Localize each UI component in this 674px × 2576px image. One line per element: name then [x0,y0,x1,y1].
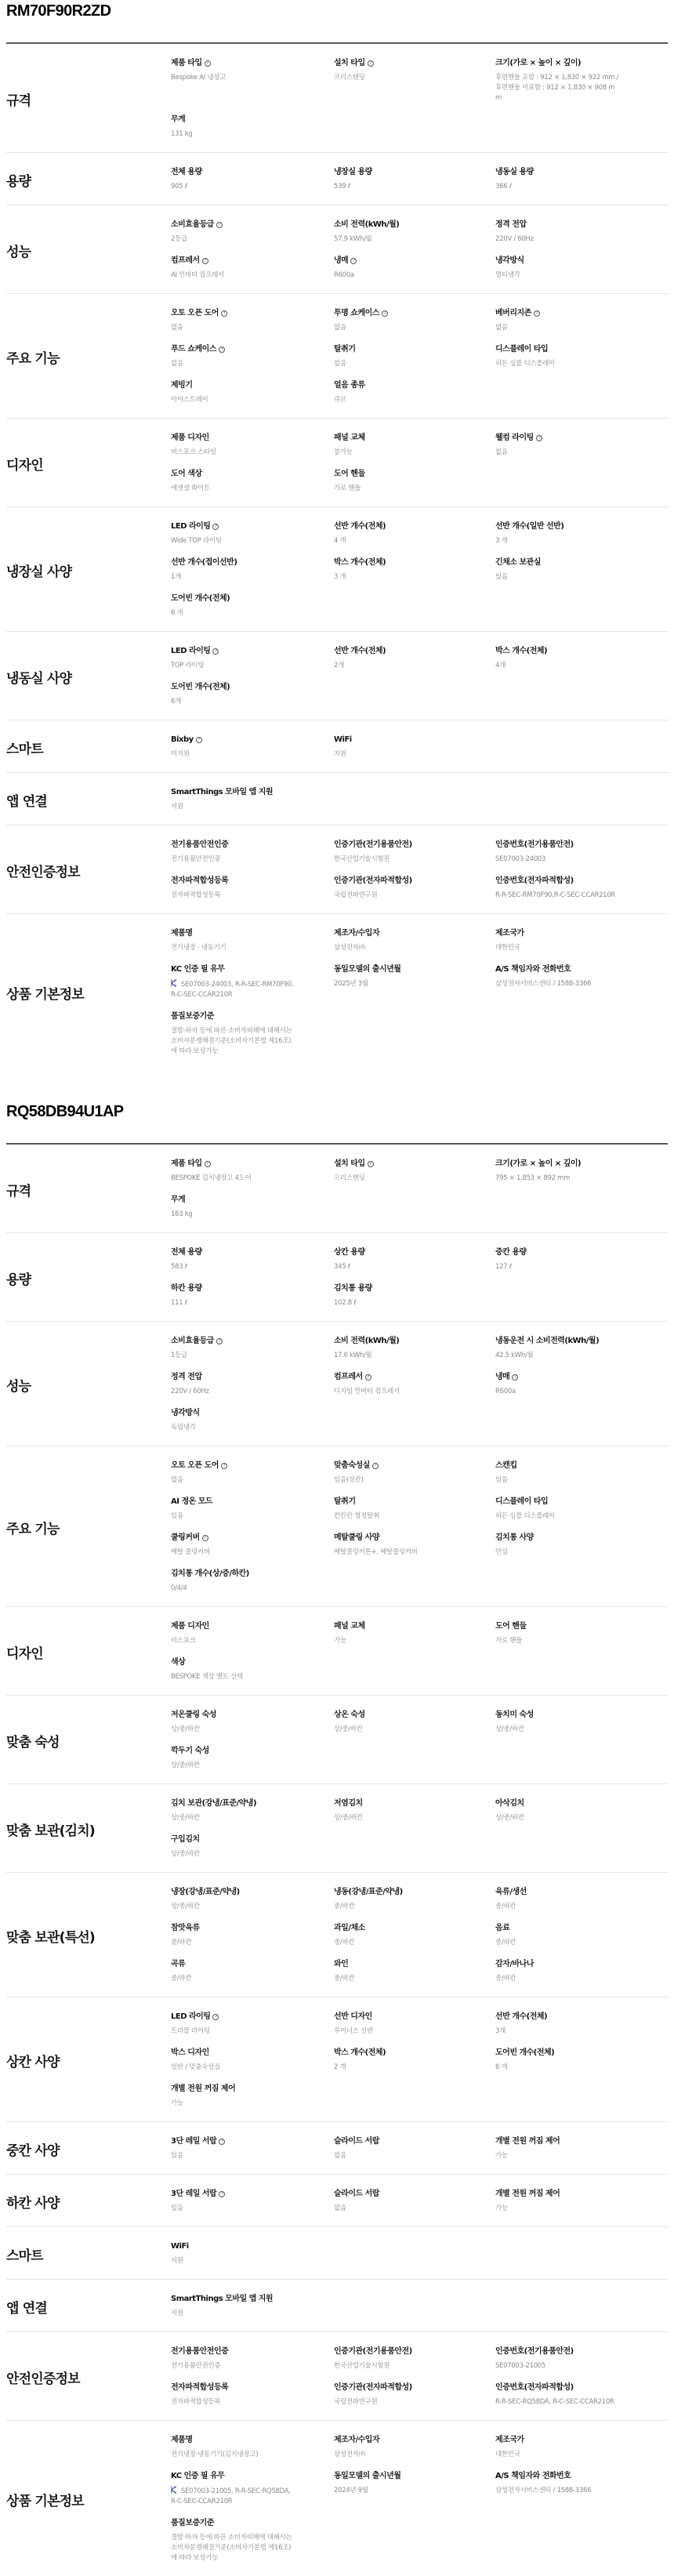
model-spec-block: RQ58DB94U1AP 규격 제품 타입 ? BESPOKE 김치냉장고 4도… [6,1101,668,2576]
spec-label-text: LED 라이팅 [171,646,210,657]
spec-value: 가능 [495,2204,621,2214]
spec-label: 제품 디자인 [171,1621,334,1632]
spec-label: 곡류 [171,1959,334,1970]
spec-label: 저염김치 [334,1798,495,1809]
spec-label: 박스 개수(전체) [334,557,495,568]
section-title: 중칸 사양 [6,2139,171,2159]
spec-label-text: SmartThings 모바일 앱 지원 [171,2294,273,2305]
spec-value: 히든 심플 디스플레이 [495,1511,621,1522]
spec-label-text: 김치통 개수(상/중/하칸) [171,1569,249,1580]
spec-item: 전자파적합성등록 전자파적합성등록 [171,876,334,901]
spec-label: 동일모델의 출시년월 [334,2471,495,2482]
spec-label: 육류/생선 [495,1887,674,1898]
spec-item: 디스플레이 타입 히든 심플 디스플레이 [495,344,674,369]
spec-value: 2025년 3월 [334,979,459,989]
spec-value: 6개 [171,697,296,707]
spec-label-text: 소비효율등급 [171,1336,214,1347]
spec-item: 냉장(강냉/표준/약냉) 상/중/하칸 [171,1887,334,1912]
spec-grid: SmartThings 모바일 앱 지원 지원 [171,2294,674,2319]
spec-label: 개별 전원 꺼짐 제어 [171,2084,334,2095]
spec-label-text: 선반 개수(일반 선반) [495,521,563,532]
spec-value: 상/중/하칸 [495,1813,621,1823]
spec-section: 규격 제품 타입 ? BESPOKE 김치냉장고 4도어 설치 타입 ? 프리스… [6,1145,668,1233]
spec-label: LED 라이팅 ? [171,2012,334,2023]
spec-item: 박스 개수(전체) 4개 [495,646,674,671]
spec-label-text: 투명 쇼케이스 [334,308,379,319]
spec-label: 선반 개수(접이선반) [171,557,334,568]
spec-label-text: 설치 타입 [334,58,365,69]
spec-label: 전체 용량 [171,167,334,178]
spec-label-text: 김치 보관(강냉/표준/약냉) [171,1798,256,1809]
spec-grid: 소비효율등급 ? 1등급 소비 전력(kWh/월) 17.6 kWh/월 냉동운… [171,1336,674,1433]
section-title: 안전인증정보 [6,2367,171,2387]
section-title: 하칸 사양 [6,2192,171,2211]
spec-label-text: 동일모델의 출시년월 [334,964,400,975]
spec-label: 제빙기 [171,380,334,391]
spec-value: SE07003-24003 [495,854,621,865]
spec-section: 맞춤 숙성 저온쿨링 숙성 상/중/하칸 상온 숙성 상/중/하칸 동치미 숙성… [6,1696,668,1784]
help-tooltip-icon[interactable]: ? [382,310,388,317]
spec-item: 슬라이드 서랍 없음 [334,2189,495,2214]
spec-item: 소비 전력(kWh/월) 57.9 kWh/월 [334,220,495,245]
spec-value: 6 개 [171,608,296,619]
spec-label: Bixby ? [171,735,334,746]
spec-section: 하칸 사양 3단 레일 서랍 ? 있음 슬라이드 서랍 없음 개별 전원 꺼짐 … [6,2175,668,2227]
spec-grid: 냉장(강냉/표준/약냉) 상/중/하칸 냉동(강냉/표준/약냉) 중/하칸 육류… [171,1887,674,1984]
spec-grid: 제품 디자인 비스포크 패널 교체 가능 도어 핸들 가로 핸들 색상 BESP… [171,1621,674,1682]
spec-label: 품질보증기준 [171,2518,334,2529]
spec-label-text: 컴프레서 [334,1372,363,1383]
spec-label: 스캔킵 [495,1460,674,1471]
spec-value: 111 ℓ [171,1298,296,1308]
spec-label: 오토 오픈 도어 ? [171,308,334,319]
spec-grid: 제품 타입 ? Bespoke AI 냉장고 설치 타입 ? 프리스탠딩 크기(… [171,58,674,140]
spec-value: 1등급 [171,1351,296,1361]
spec-item: LED 라이팅 ? 트리플 라이팅 [171,2012,334,2037]
spec-label-text: 김치통 사양 [495,1533,534,1544]
spec-section: 디자인 제품 디자인 비스포크 패널 교체 가능 도어 핸들 가로 핸들 색상 … [6,1607,668,1696]
spec-item: 인증번호(전자파적합성) R-R-SEC-RQ58DA, R-C-SEC-CCA… [495,2382,674,2407]
spec-value: 있음 [171,2151,296,2161]
help-tooltip-icon[interactable]: ? [212,648,219,655]
spec-item: WiFi 지원 [171,2241,334,2266]
spec-label-text: 슬라이드 서랍 [334,2136,379,2147]
spec-section: 주요 기능 오토 오픈 도어 ? 없음 맞춤숙성실 ? 있음(상칸) 스캔킵 있… [6,1446,668,1607]
spec-label-text: 선반 개수(전체) [334,521,386,532]
section-title: 상칸 사양 [6,2051,171,2070]
spec-item: 탈취기 없음 [334,344,495,369]
spec-label: 김치 보관(강냉/표준/약냉) [171,1798,334,1809]
spec-item: 소비 전력(kWh/월) 17.6 kWh/월 [334,1336,495,1361]
spec-label-text: 제품 타입 [171,1159,202,1170]
spec-item: 정격 전압 220V / 60Hz [171,1372,334,1397]
spec-label: 슬라이드 서랍 [334,2189,495,2200]
spec-label-text: 김치통 용량 [334,1283,372,1294]
spec-item: 인증기관(전기용품안전) 한국산업기술시험원 [334,840,495,865]
spec-label-text: 오토 오픈 도어 [171,308,219,319]
spec-label-text: 냉동(강냉/표준/약냉) [334,1887,403,1898]
spec-value: 중/하칸 [495,1938,621,1948]
help-tooltip-icon[interactable]: ? [365,1374,371,1381]
spec-value: 대한민국 [495,943,621,953]
spec-value: 안심 [495,1547,621,1558]
spec-value: 539 ℓ [334,182,459,192]
help-tooltip-icon[interactable]: ? [202,258,208,264]
spec-value: 6 개 [495,2063,621,2073]
spec-item: 제품명 전기냉장·냉동기기(김치냉장고) [171,2435,334,2460]
help-tooltip-icon[interactable]: ? [205,1161,211,1167]
spec-section: 스마트 Bixby ? 미지원 WiFi 지원 [6,720,668,773]
spec-item: 메탈쿨링 사양 메탈쿨링커튼+, 메탈쿨링커버 [334,1533,495,1558]
spec-label: 박스 개수(전체) [495,646,674,657]
spec-section: 성능 소비효율등급 ? 2등급 소비 전력(kWh/월) 57.9 kWh/월 … [6,205,668,294]
help-tooltip-icon[interactable]: ? [216,1338,223,1344]
spec-label: 선반 개수(전체) [334,521,495,532]
spec-section: 규격 제품 타입 ? Bespoke AI 냉장고 설치 타입 ? 프리스탠딩 … [6,44,668,153]
spec-section: 상칸 사양 LED 라이팅 ? 트리플 라이팅 선반 디자인 루미너스 선반 선… [6,1997,668,2122]
spec-value: 102.8 ℓ [334,1298,459,1308]
spec-value: 가능 [334,1636,459,1646]
spec-label-text: 패널 교체 [334,1621,365,1632]
spec-section: 디자인 제품 디자인 비스포크 스타일 패널 교체 불가능 웰컴 라이팅 ? 없… [6,419,668,507]
spec-item: 상온 숙성 상/중/하칸 [334,1710,495,1735]
spec-label: 냉장실 용량 [334,167,495,178]
spec-item: 박스 개수(전체) 3 개 [334,557,495,582]
spec-label: 도어 핸들 [495,1621,674,1632]
help-tooltip-icon[interactable]: ? [219,2139,225,2145]
spec-label-text: 탈취기 [334,344,355,355]
spec-label: AI 정온 모드 [171,1497,334,1508]
spec-label-text: 제품 디자인 [171,433,209,444]
help-tooltip-icon[interactable]: ? [205,60,211,67]
spec-label-text: 제품 타입 [171,58,202,69]
spec-item: 선반 개수(전체) 3개 [495,2012,674,2037]
spec-value: SE07003-24003, R-R-SEC-RM70F90, R-C-SEC-… [171,979,296,1000]
spec-value: 2 개 [334,2063,459,2073]
spec-label-text: 상온 숙성 [334,1710,365,1721]
spec-label: 참맛육류 [171,1923,334,1934]
spec-grid: 오토 오픈 도어 ? 없음 맞춤숙성실 ? 있음(상칸) 스캔킵 있음 AI 정… [171,1460,674,1594]
spec-item: 선반 개수(접이선반) 1개 [171,557,334,582]
help-tooltip-icon[interactable]: ? [216,222,223,228]
spec-section: 성능 소비효율등급 ? 1등급 소비 전력(kWh/월) 17.6 kWh/월 … [6,1322,668,1446]
help-tooltip-icon[interactable]: ? [221,310,227,317]
section-title: 안전인증정보 [6,861,171,880]
spec-label: 소비 전력(kWh/월) [334,220,495,230]
help-tooltip-icon[interactable]: ? [219,2191,225,2197]
spec-label-text: A/S 책임자와 전화번호 [495,2471,571,2482]
spec-label-text: 과일/채소 [334,1923,365,1934]
spec-item: 품질보증기준 결함·하자 등에 따른 소비자피해에 대해서는 소비자분쟁해결기준… [171,1011,334,1057]
spec-label: 무게 [171,114,334,125]
spec-item: 소비효율등급 ? 1등급 [171,1336,334,1361]
spec-value: 상/중/하칸 [495,1725,621,1735]
spec-item: 인증번호(전자파적합성) R-R-SEC-RM70F90,R-C-SEC-CCA… [495,876,674,901]
spec-value: 345 ℓ [334,1262,459,1272]
kc-certification-mark-icon [171,979,177,987]
spec-item: 냉동운전 시 소비전력(kWh/월) 42.5 kWh/월 [495,1336,674,1361]
spec-item: 컴프레서 ? AI 인버터 컴프레서 [171,256,334,281]
section-title: 디자인 [6,1642,171,1662]
spec-sections: 규격 제품 타입 ? Bespoke AI 냉장고 설치 타입 ? 프리스탠딩 … [6,44,668,1069]
help-tooltip-icon[interactable]: ? [212,524,219,530]
spec-label: 냉동(강냉/표준/약냉) [334,1887,495,1898]
section-title: 디자인 [6,454,171,473]
spec-item: 투명 쇼케이스 ? 없음 [334,308,495,333]
spec-label: 동치미 숙성 [495,1710,674,1721]
spec-value: 중/하칸 [334,1902,459,1912]
spec-value: R-R-SEC-RQ58DA, R-C-SEC-CCAR210R [495,2397,621,2407]
spec-value: 905 ℓ [171,182,296,192]
spec-label-text: 냉각방식 [171,1408,200,1419]
spec-label-text: 무게 [171,114,185,125]
spec-value: 전기냉장·냉동기기(김치냉장고) [171,2450,296,2460]
help-tooltip-icon[interactable]: ? [350,258,357,264]
spec-label: 3단 레일 서랍 ? [171,2189,334,2200]
spec-item: 도어 핸들 가로 핸들 [495,1621,674,1646]
help-tooltip-icon[interactable]: ? [202,1535,208,1541]
spec-item: 소비효율등급 ? 2등급 [171,220,334,245]
spec-label: 인증번호(전자파적합성) [495,2382,674,2393]
spec-section: 맞춤 보관(김치) 김치 보관(강냉/표준/약냉) 상/중/하칸 저염김치 상/… [6,1784,668,1873]
spec-value: 후면핸들 포함 : 912 × 1,830 × 922 mm / 후면핸들 미포… [495,73,621,103]
help-tooltip-icon[interactable]: ? [368,60,374,67]
spec-label: 음료 [495,1923,674,1934]
spec-section: 앱 연결 SmartThings 모바일 앱 지원 지원 [6,2280,668,2332]
spec-item: KC 인증 필 유무 SE07003-21005, R-R-SEC-RQ58DA… [171,2471,334,2507]
spec-item: 3단 레일 서랍 ? 있음 [171,2189,334,2214]
spec-item: 제품 타입 ? BESPOKE 김치냉장고 4도어 [171,1159,334,1184]
spec-label: 김치통 사양 [495,1533,674,1544]
spec-item: 베버리지존 ? 없음 [495,308,674,333]
spec-label-text: WiFi [171,2241,189,2252]
spec-value: 디지털 인버터 컴프레서 [334,1387,459,1397]
help-tooltip-icon[interactable]: ? [372,1463,379,1469]
spec-value: 상/중/하칸 [171,1813,296,1823]
spec-item: 선반 개수(일반 선반) 3 개 [495,521,674,546]
model-spec-block: RM70F90R2ZD 규격 제품 타입 ? Bespoke AI 냉장고 설치… [6,0,668,1069]
spec-value: 지원 [171,2309,296,2319]
spec-item: 슬라이드 서랍 없음 [334,2136,495,2161]
spec-value: 국립전파연구원 [334,891,459,901]
spec-item: 박스 디자인 일반 / 맞춤숙성실 [171,2048,334,2073]
spec-item: 김치 보관(강냉/표준/약냉) 상/중/하칸 [171,1798,334,1823]
spec-label-text: 웰컴 라이팅 [495,433,534,444]
spec-label: 인증기관(전기용품안전) [334,840,495,851]
spec-value: 상/중/하칸 [171,1849,296,1859]
spec-item: 설치 타입 ? 프리스탠딩 [334,58,495,103]
spec-value: 메탈쿨링커튼+, 메탈쿨링커버 [334,1547,459,1558]
spec-label: 도어빈 개수(전체) [171,593,334,604]
section-title: 스마트 [6,2244,171,2264]
spec-grid: 제품명 전기냉장 · 냉동기기 제조자/수입자 삼성전자㈜ 제조국가 대한민국 … [171,928,674,1057]
section-title: 앱 연결 [6,790,171,810]
spec-label-text: 패널 교체 [334,433,365,444]
help-tooltip-icon[interactable]: ? [536,435,542,441]
spec-label: KC 인증 필 유무 [171,2471,334,2482]
spec-label: 중칸 용량 [495,1247,674,1258]
spec-item: 음료 중/하칸 [495,1923,674,1948]
spec-label-text: 무게 [171,1195,185,1206]
spec-item: 개별 전원 꺼짐 제어 가능 [495,2189,674,2214]
spec-label-text: 와인 [334,1959,348,1970]
spec-label: 하칸 용량 [171,1283,334,1294]
spec-label: 인증기관(전자파적합성) [334,876,495,887]
spec-item: 전기용품안전인증 전기용품안전인증 [171,840,334,865]
spec-value: 220V / 60Hz [495,234,621,245]
spec-item: 인증기관(전자파적합성) 국립전파연구원 [334,2382,495,2407]
section-title: 냉동실 사양 [6,667,171,687]
spec-label: 품질보증기준 [171,1011,334,1022]
spec-value: R600a [334,270,459,281]
spec-value: BESPOKE 김치냉장고 4도어 [171,1174,296,1184]
spec-value: 아이스트레이 [171,395,296,405]
spec-item: 크기(가로 × 높이 × 깊이) 795 × 1,853 × 892 mm [495,1159,674,1184]
spec-item: 선반 디자인 루미너스 선반 [334,2012,495,2037]
spec-label: 도어 핸들 [334,469,495,480]
spec-label: 구입김치 [171,1834,334,1845]
spec-grid: 전체 용량 583 ℓ 상칸 용량 345 ℓ 중칸 용량 127 ℓ 하칸 용… [171,1247,674,1308]
spec-item: 제품 디자인 비스포크 스타일 [171,433,334,458]
spec-value: 결함·하자 등에 따른 소비자피해에 대해서는 소비자분쟁해결기준(소비자기본법… [171,1026,296,1057]
spec-label-text: 박스 디자인 [171,2048,209,2059]
spec-label-text: 냉매 [495,1372,509,1383]
section-title: 맞춤 보관(특선) [6,1926,171,1946]
spec-label-text: 냉장(강냉/표준/약냉) [171,1887,240,1898]
spec-section: 냉동실 사양 LED 라이팅 ? TOP 라이팅 선반 개수(전체) 2개 박스… [6,632,668,720]
spec-label: 슬라이드 서랍 [334,2136,495,2147]
kc-cert-numbers: SE07003-24003, R-R-SEC-RM70F90, R-C-SEC-… [171,981,294,999]
spec-item: 제빙기 아이스트레이 [171,380,334,405]
spec-item: 선반 개수(전체) 2개 [334,646,495,671]
spec-label: LED 라이팅 ? [171,521,334,532]
spec-label-text: AI 정온 모드 [171,1497,212,1508]
section-title: 주요 기능 [6,1518,171,1537]
spec-section: 상품 기본정보 제품명 전기냉장·냉동기기(김치냉장고) 제조자/수입자 삼성전… [6,2421,668,2576]
kc-cert-numbers: SE07003-21005, R-R-SEC-RQ58DA, R-C-SEC-C… [171,2487,291,2505]
spec-value: 전자파적합성등록 [171,2397,296,2407]
spec-value: 프리스탠딩 [334,1174,459,1184]
spec-label: 소비효율등급 ? [171,1336,334,1347]
spec-item: 긴채소 보관실 있음 [495,557,674,582]
spec-label-text: WiFi [334,735,352,746]
spec-value: TOP 라이팅 [171,661,296,671]
spec-label: 냉매 ? [334,256,495,267]
spec-grid: 3단 레일 서랍 ? 있음 슬라이드 서랍 없음 개별 전원 꺼짐 제어 가능 [171,2189,674,2214]
spec-grid: 3단 레일 서랍 ? 있음 슬라이드 서랍 없음 개별 전원 꺼짐 제어 가능 [171,2136,674,2161]
spec-label-text: 품질보증기준 [171,2518,214,2529]
spec-label-text: 육류/생선 [495,1887,527,1898]
spec-label-text: 소비 전력(kWh/월) [334,1336,399,1347]
spec-label-text: 전자파적합성등록 [171,876,228,887]
help-tooltip-icon[interactable]: ? [219,346,225,353]
spec-label-text: 냉동운전 시 소비전력(kWh/월) [495,1336,599,1347]
spec-label: 컴프레서 ? [334,1372,495,1383]
spec-label: 김치통 개수(상/중/하칸) [171,1569,334,1580]
spec-label: 푸드 쇼케이스 ? [171,344,334,355]
spec-value: 4 개 [334,536,459,546]
help-tooltip-icon[interactable]: ? [512,1374,518,1381]
spec-label: 제품명 [171,928,334,939]
spec-value: 칸칸칸 청정탈취 [334,1511,459,1522]
spec-item: 김치통 사양 안심 [495,1533,674,1558]
section-title: 용량 [6,1268,171,1288]
spec-label: 메탈쿨링 사양 [334,1533,495,1544]
spec-label-text: 3단 레일 서랍 [171,2136,216,2147]
spec-value: 전기냉장 · 냉동기기 [171,943,296,953]
spec-item: 박스 개수(전체) 2 개 [334,2048,495,2073]
spec-label-text: 하칸 용량 [171,1283,202,1294]
spec-label: 냉동실 용량 [495,167,674,178]
help-tooltip-icon[interactable]: ? [534,310,540,317]
spec-value: 히든 심플 디스플레이 [495,359,621,369]
spec-value: 있음 [171,1511,296,1522]
spec-value: 루미너스 선반 [334,2026,459,2037]
spec-label: 탈취기 [334,344,495,355]
spec-label: 과일/채소 [334,1923,495,1934]
spec-label: SmartThings 모바일 앱 지원 [171,2294,334,2305]
spec-label: 냉각방식 [495,256,674,267]
spec-value: 삼성전자㈜ [334,943,459,953]
spec-label-text: 제조자/수입자 [334,2435,379,2446]
spec-item: 곡류 중/하칸 [171,1959,334,1984]
spec-item: A/S 책임자와 전화번호 삼성전자서비스센터 / 1588-3366 [495,964,674,1000]
spec-item: 인증번호(전기용품안전) SE07003-21005 [495,2346,674,2371]
spec-value: 삼성전자서비스센터 / 1588-3366 [495,979,621,989]
spec-label: 소비 전력(kWh/월) [334,1336,495,1347]
spec-label-text: 제조국가 [495,2435,524,2446]
spec-label-text: A/S 책임자와 전화번호 [495,964,571,975]
spec-label: 3단 레일 서랍 ? [171,2136,334,2147]
spec-grid: SmartThings 모바일 앱 지원 지원 [171,787,674,812]
spec-item: WiFi 지원 [334,735,495,760]
spec-item: 도어빈 개수(전체) 6 개 [171,593,334,619]
spec-value: 2등급 [171,234,296,245]
spec-label-text: 선반 개수(전체) [495,2012,547,2023]
spec-grid: 전기용품안전인증 전기용품안전인증 인증기관(전기용품안전) 한국산업기술시험원… [171,840,674,901]
spec-label-text: 선반 개수(접이선반) [171,557,237,568]
spec-value: 없음 [495,448,621,458]
spec-item: 냉각방식 멀티냉각 [495,256,674,281]
spec-label: 선반 개수(일반 선반) [495,521,674,532]
spec-label-text: 색상 [171,1657,185,1668]
spec-label: 냉동운전 시 소비전력(kWh/월) [495,1336,674,1347]
spec-label: 색상 [171,1657,334,1668]
spec-grid: 소비효율등급 ? 2등급 소비 전력(kWh/월) 57.9 kWh/월 정격 … [171,220,674,281]
spec-label-text: 깍두기 숙성 [171,1746,209,1757]
spec-grid: 전기용품안전인증 전기용품안전인증 인증기관(전기용품안전) 한국산업기술시험원… [171,2346,674,2407]
help-tooltip-icon[interactable]: ? [221,1463,227,1469]
spec-value: 163 kg [171,1210,296,1220]
spec-label: 냉각방식 [171,1408,334,1419]
spec-label-text: 전기용품안전인증 [171,840,228,851]
spec-value: 삼성전자서비스센터 / 1588-3366 [495,2486,621,2496]
help-tooltip-icon[interactable]: ? [368,1161,374,1167]
spec-value: 지원 [334,749,459,760]
spec-item: 쿨링커버 ? 메탈 쿨링커버 [171,1533,334,1558]
spec-value: 전기용품안전인증 [171,2361,296,2371]
help-tooltip-icon[interactable]: ? [212,2014,219,2020]
spec-label-text: 맞춤숙성실 [334,1460,370,1471]
spec-item: 탈취기 칸칸칸 청정탈취 [334,1497,495,1522]
spec-label: 디스플레이 타입 [495,1497,674,1508]
help-tooltip-icon[interactable]: ? [196,737,202,743]
spec-label: 김치통 용량 [334,1283,495,1294]
spec-label: A/S 책임자와 전화번호 [495,964,674,975]
spec-value: R600a [495,1387,621,1397]
spec-label: 제조자/수입자 [334,928,495,939]
spec-value: 상/중/하칸 [171,1725,296,1735]
